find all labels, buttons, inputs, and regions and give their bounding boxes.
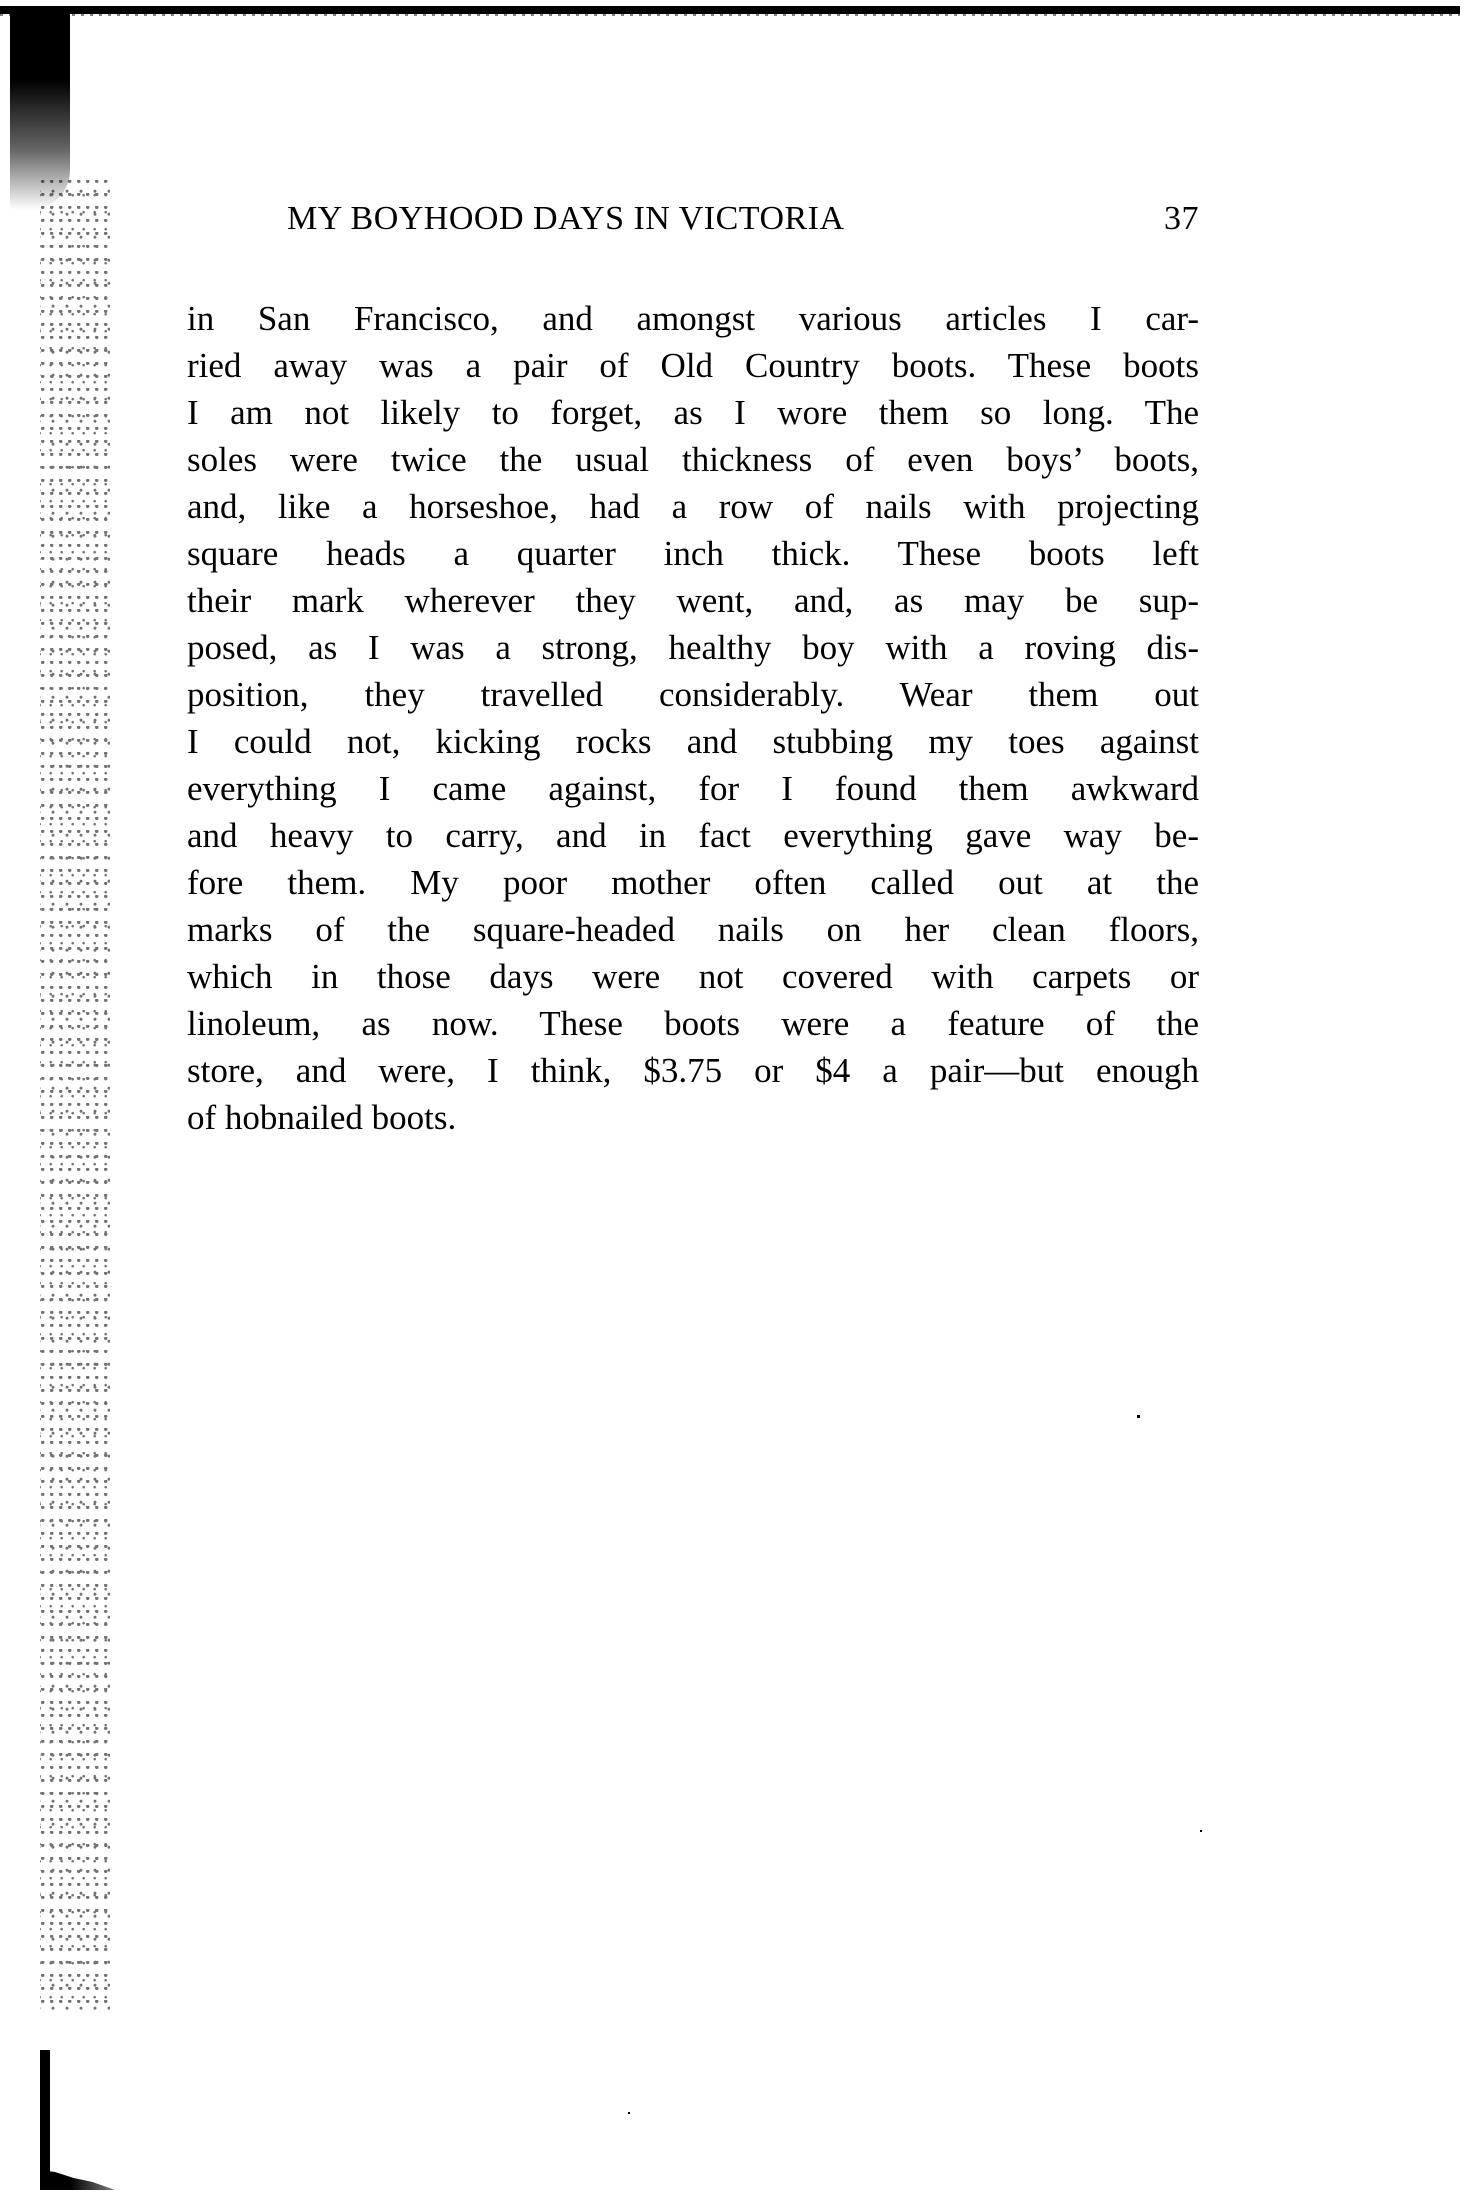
scan-gutter-speckle xyxy=(40,180,110,2010)
body-text: in San Francisco, and amongst various ar… xyxy=(187,295,1199,1141)
stray-mark xyxy=(1137,1415,1140,1418)
scan-gutter-bottom-base xyxy=(40,2170,115,2190)
text-line: and, like a horseshoe, had a row of nail… xyxy=(187,483,1199,530)
text-line: store, and were, I think, $3.75 or $4 a … xyxy=(187,1047,1199,1094)
text-line: I could not, kicking rocks and stubbing … xyxy=(187,718,1199,765)
text-line: square heads a quarter inch thick. These… xyxy=(187,530,1199,577)
stray-mark xyxy=(1200,1830,1202,1832)
text-line: I am not likely to forget, as I wore the… xyxy=(187,389,1199,436)
stray-mark xyxy=(628,2112,630,2114)
text-line: their mark wherever they went, and, as m… xyxy=(187,577,1199,624)
text-line: in San Francisco, and amongst various ar… xyxy=(187,295,1199,342)
scan-gutter-bottom xyxy=(40,2050,50,2190)
text-line: soles were twice the usual thickness of … xyxy=(187,436,1199,483)
text-line: ried away was a pair of Old Country boot… xyxy=(187,342,1199,389)
running-head-title: MY BOYHOOD DAYS IN VICTORIA xyxy=(287,200,845,238)
text-line: which in those days were not covered wit… xyxy=(187,953,1199,1000)
text-line: of hobnailed boots. xyxy=(187,1094,1199,1141)
text-line: linoleum, as now. These boots were a fea… xyxy=(187,1000,1199,1047)
text-line: everything I came against, for I found t… xyxy=(187,765,1199,812)
text-line: fore them. My poor mother often called o… xyxy=(187,859,1199,906)
text-line: position, they travelled considerably. W… xyxy=(187,671,1199,718)
text-line: and heavy to carry, and in fact everythi… xyxy=(187,812,1199,859)
page-number: 37 xyxy=(1164,200,1199,238)
text-line: marks of the square-headed nails on her … xyxy=(187,906,1199,953)
running-head: MY BOYHOOD DAYS IN VICTORIA 37 xyxy=(287,200,1199,250)
text-line: posed, as I was a strong, healthy boy wi… xyxy=(187,624,1199,671)
scan-top-edge-fade xyxy=(0,12,1460,16)
